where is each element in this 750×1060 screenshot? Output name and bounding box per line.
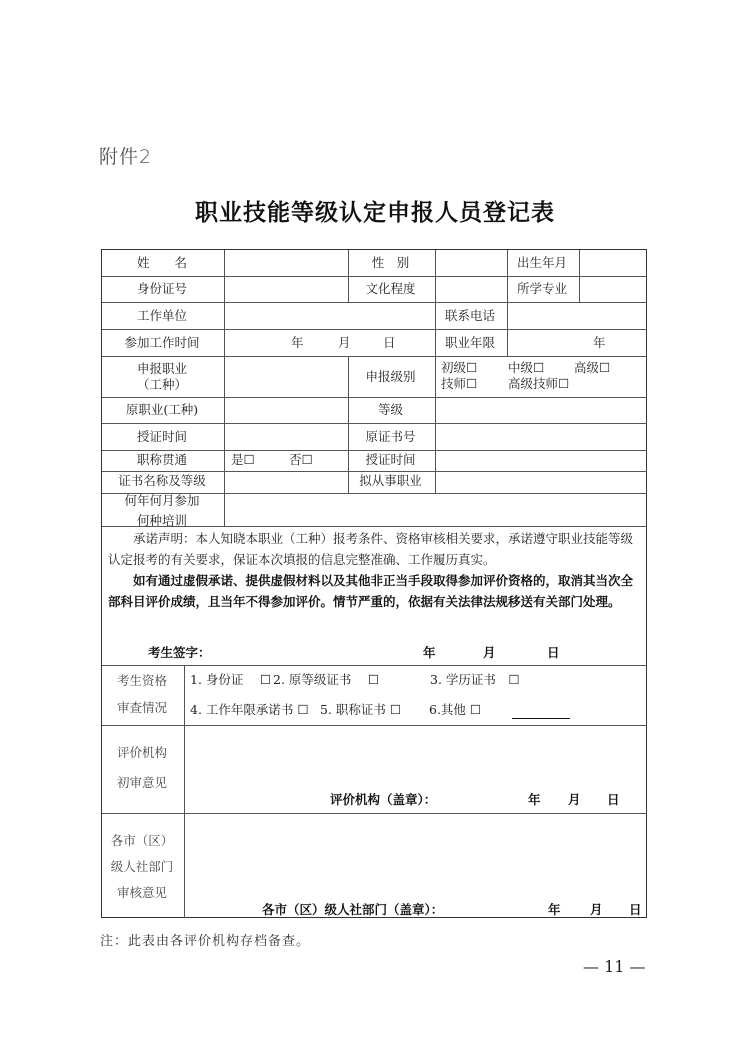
label-line: 何年何月参加 — [124, 491, 199, 511]
review-item-id-card[interactable]: 1. 身份证 ☐ — [190, 670, 271, 688]
qualification-review-label: 考生资格 审查情况 — [101, 664, 183, 724]
intended-occupation-field[interactable] — [434, 470, 647, 492]
label-line: 申报职业 — [137, 361, 187, 377]
city-review-opinion-field[interactable] — [184, 813, 646, 893]
level-option-technician[interactable]: 技师☐ — [441, 376, 477, 392]
review-item-orig-cert[interactable]: 2. 原等级证书 ☐ — [273, 670, 379, 688]
title-link-no-checkbox[interactable]: 否☐ — [289, 452, 313, 468]
birth-date-label: 出生年月 — [506, 249, 578, 276]
employer-field[interactable] — [223, 302, 434, 329]
orig-occupation-field[interactable] — [223, 397, 347, 423]
training-label: 何年何月参加 何种培训 — [101, 492, 223, 525]
other-blank-field[interactable] — [512, 703, 570, 722]
review-item-work-years-pledge[interactable]: 4. 工作年限承诺书 ☐ — [190, 700, 309, 718]
birth-date-field[interactable] — [578, 249, 647, 276]
cert-time-field[interactable] — [223, 423, 347, 450]
city-review-month: 月 — [590, 900, 603, 918]
id-number-label: 身份证号 — [101, 276, 223, 302]
phone-label: 联系电话 — [434, 302, 506, 329]
label-line: 评价机构 — [117, 738, 167, 768]
day-unit: 日 — [383, 335, 396, 351]
employer-label: 工作单位 — [101, 302, 223, 329]
level-option-intermediate[interactable]: 中级☐ — [508, 360, 544, 376]
grade-field[interactable] — [434, 397, 647, 423]
gender-field[interactable] — [434, 249, 506, 276]
initial-review-day: 日 — [607, 790, 620, 808]
cert-name-label: 证书名称及等级 — [101, 470, 223, 492]
work-start-field[interactable]: 年 月 日 — [223, 329, 434, 356]
phone-field[interactable] — [506, 302, 647, 329]
month-unit: 月 — [338, 335, 351, 351]
education-label: 文化程度 — [347, 276, 434, 302]
id-number-field[interactable] — [223, 276, 347, 302]
education-field[interactable] — [434, 276, 506, 302]
city-review-seal-label: 各市（区）级人社部门（盖章）： — [262, 900, 443, 918]
label-line: （工种） — [137, 377, 187, 393]
label-line: 审核意见 — [117, 880, 167, 906]
review-item-other[interactable]: 6.其他 ☐ — [429, 700, 481, 718]
label-line: 考生资格 — [117, 667, 167, 694]
label-line: 级人社部门 — [111, 854, 174, 880]
pledge-day: 日 — [547, 643, 560, 661]
form-title: 职业技能等级认定申报人员登记表 — [0, 194, 750, 227]
year-unit: 年 — [291, 335, 304, 351]
major-label: 所学专业 — [506, 276, 578, 302]
initial-review-month: 月 — [568, 790, 581, 808]
work-start-label: 参加工作时间 — [101, 329, 223, 356]
career-years-field[interactable]: 年 — [506, 329, 647, 356]
review-item-diploma[interactable]: 3. 学历证书 ☐ — [430, 670, 520, 688]
level-option-senior[interactable]: 高级☐ — [574, 360, 610, 376]
intended-occupation-label: 拟从事职业 — [347, 470, 434, 492]
applied-level-options: 初级☐ 中级☐ 高级☐ 技师☐ 高级技师☐ — [441, 360, 647, 396]
label-line: 审查情况 — [117, 694, 167, 721]
name-label: 姓 名 — [101, 249, 223, 276]
applied-occupation-label: 申报职业 （工种） — [101, 356, 223, 397]
city-review-year: 年 — [548, 900, 561, 918]
initial-review-seal-label: 评价机构（盖章）： — [330, 790, 436, 808]
footer-note: 注：此表由各评价机构存档备查。 — [100, 930, 310, 949]
attachment-label: 附件2 — [99, 142, 152, 169]
initial-review-label: 评价机构 初审意见 — [101, 724, 183, 812]
label-line: 各市（区） — [111, 828, 174, 854]
major-field[interactable] — [578, 276, 647, 302]
signature-field[interactable] — [200, 640, 400, 660]
name-field[interactable] — [223, 249, 347, 276]
level-option-junior[interactable]: 初级☐ — [441, 360, 477, 376]
grade-label: 等级 — [347, 397, 434, 423]
title-cert-time-label: 授证时间 — [347, 450, 434, 470]
title-link-yes-checkbox[interactable]: 是☐ — [231, 452, 255, 468]
pledge-warning: 如有通过虚假承诺、提供虚假材料以及其他非正当手段取得参加评价资格的，取消其当次全… — [108, 570, 641, 612]
initial-review-opinion-field[interactable] — [184, 725, 646, 785]
applied-occupation-field[interactable] — [223, 356, 347, 397]
pledge-year: 年 — [423, 643, 436, 661]
level-option-senior-technician[interactable]: 高级技师☐ — [508, 376, 569, 392]
cert-name-field[interactable] — [223, 470, 347, 492]
training-field[interactable] — [223, 492, 647, 525]
label-line: 初审意见 — [117, 768, 167, 798]
title-link-label: 职称贯通 — [101, 450, 223, 470]
orig-cert-no-label: 原证书号 — [347, 423, 434, 450]
page-number: — 11 — — [583, 957, 646, 976]
orig-cert-no-field[interactable] — [434, 423, 647, 450]
pledge-month: 月 — [483, 643, 496, 661]
years-unit: 年 — [593, 335, 606, 351]
title-link-options: 是☐ 否☐ — [223, 450, 347, 470]
pledge-statement: 承诺声明：本人知晓本职业（工种）报考条件、资格审核相关要求，承诺遵守职业技能等级… — [108, 528, 641, 570]
underline — [512, 708, 570, 719]
career-years-label: 职业年限 — [434, 329, 506, 356]
initial-review-year: 年 — [528, 790, 541, 808]
cert-time-label: 授证时间 — [101, 423, 223, 450]
review-item-title-cert[interactable]: 5. 职称证书 ☐ — [320, 700, 401, 718]
orig-occupation-label: 原职业(工种) — [101, 397, 223, 423]
gender-label: 性 别 — [347, 249, 434, 276]
applied-level-label: 申报级别 — [347, 356, 434, 397]
title-cert-time-field[interactable] — [434, 450, 647, 470]
city-review-label: 各市（区） 级人社部门 审核意见 — [101, 812, 183, 918]
city-review-day: 日 — [629, 900, 642, 918]
